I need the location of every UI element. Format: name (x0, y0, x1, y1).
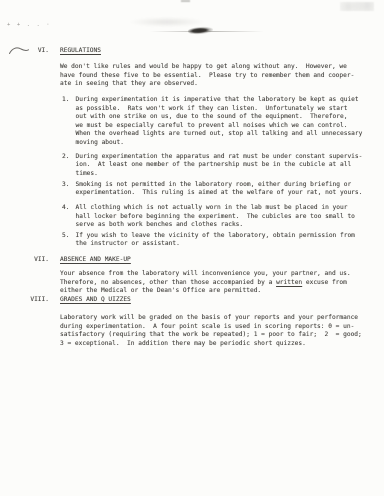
regulation-item: 2. During experimentation the apparatus … (62, 153, 362, 179)
item-text: During experimentation it is imperative … (76, 96, 363, 147)
item-number: 4. (62, 204, 76, 230)
scan-corner-specks (340, 2, 374, 11)
regulation-item: 1. During experimentation it is imperati… (62, 96, 362, 147)
item-number: 3. (62, 181, 76, 198)
section-number: VI. (20, 47, 49, 56)
item-number: 2. (62, 153, 76, 179)
absence-paragraph: Your absence from the laboratory will in… (60, 270, 351, 296)
section-number: VIII. (20, 296, 49, 305)
regulation-item: 4. All clothing which is not actually wo… (62, 204, 355, 230)
scanner-streak (128, 17, 206, 27)
item-number: 5. (62, 232, 76, 249)
item-number: 1. (62, 96, 76, 147)
section-title: ABSENCE AND MAKE-UP (60, 256, 131, 265)
ink-smudge (188, 26, 213, 34)
grades-paragraph: Laboratory work will be graded on the ba… (60, 314, 362, 348)
regulation-item: 3. Smoking is not permitted in the labor… (62, 181, 362, 198)
section-heading-regulations: VI. REGULATIONS (20, 47, 101, 56)
regulation-item: 5. If you wish to leave the vicinity of … (62, 232, 355, 249)
document-page: + + . . · VI. REGULATIONS We don't like … (0, 0, 384, 496)
section-heading-absence: VII. ABSENCE AND MAKE-UP (20, 256, 131, 265)
underlined-word: written (276, 279, 302, 286)
section-number: VII. (20, 256, 49, 265)
scan-top-edge-mark (181, 0, 190, 2)
section-title: REGULATIONS (60, 47, 101, 56)
pencil-note: + + . . · (7, 21, 51, 30)
regulations-intro: We don't like rules and would be happy t… (60, 63, 354, 89)
item-text: During experimentation the apparatus and… (76, 153, 363, 179)
item-text: If you wish to leave the vicinity of the… (76, 232, 355, 249)
item-text: All clothing which is not actually worn … (76, 204, 355, 230)
section-heading-grades: VIII. GRADES AND Q UIZZES (20, 296, 131, 305)
section-title: GRADES AND Q UIZZES (60, 296, 131, 305)
item-text: Smoking is not permitted in the laborato… (76, 181, 363, 198)
